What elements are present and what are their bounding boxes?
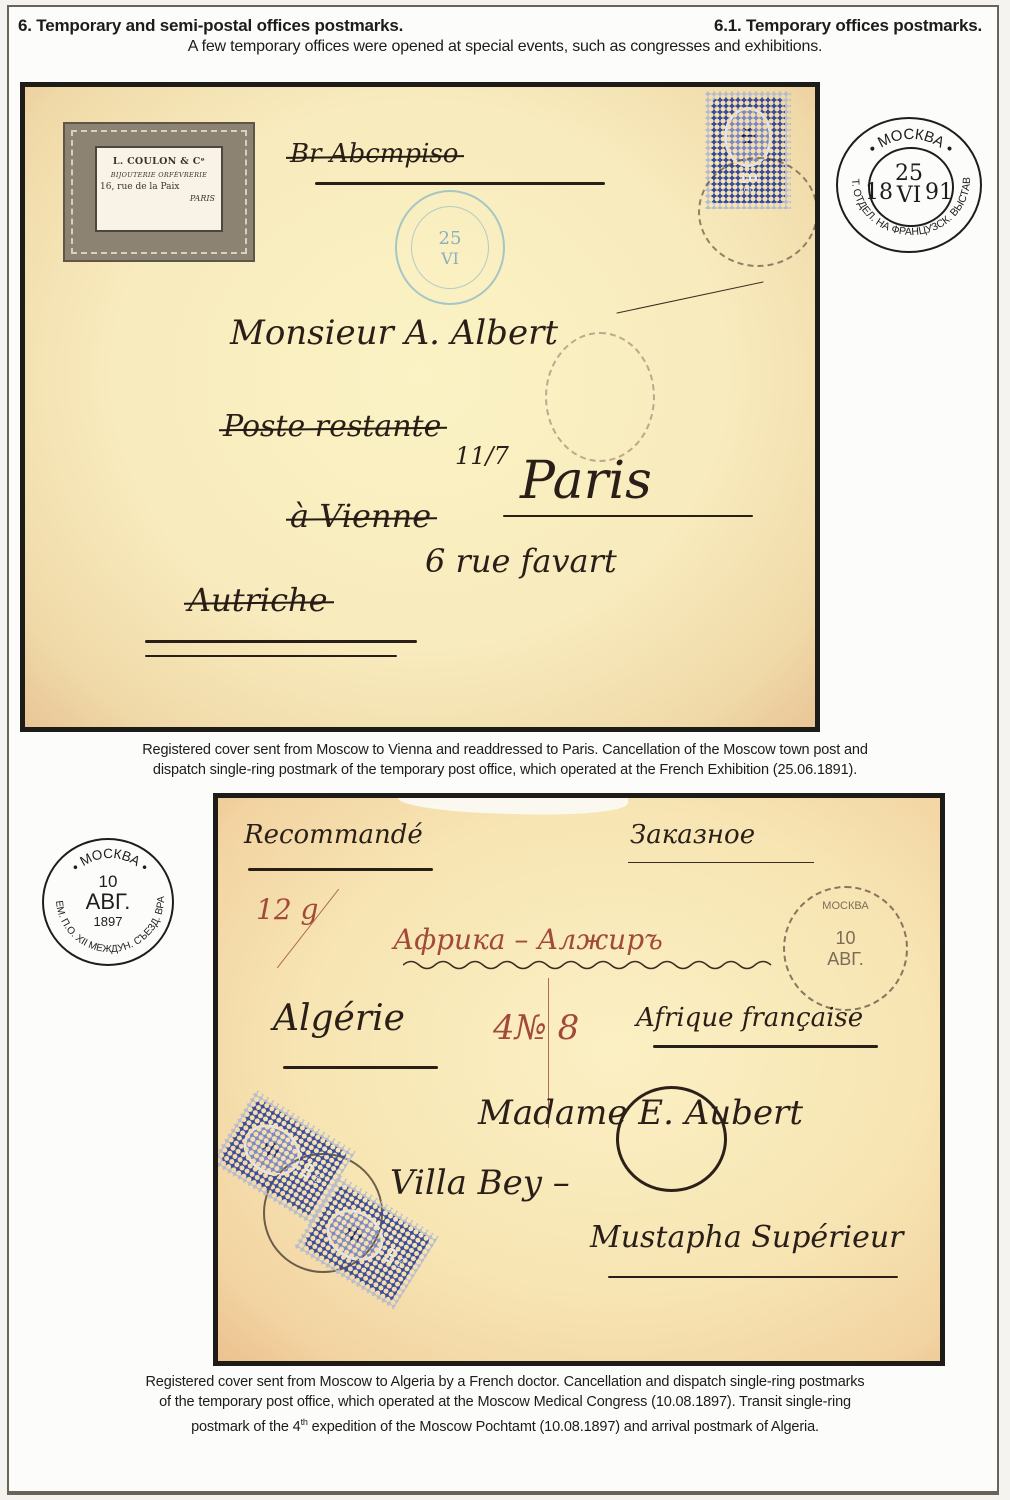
handwritten-old-city: à Vienne (290, 497, 431, 535)
merchant-address: 16, rue de la Paix (97, 182, 221, 192)
handwritten-registered-ru: Заказное (630, 820, 755, 850)
pen-stroke (617, 281, 764, 313)
underline (503, 515, 753, 517)
caption-line: of the temporary post office, which oper… (0, 1392, 1010, 1412)
caption-line: Registered cover sent from Moscow to Vie… (0, 740, 1010, 760)
caption-cover-algeria: Registered cover sent from Moscow to Alg… (0, 1372, 1010, 1437)
postmark-drawing-french-exhibition: • МОСКВА • ПОЧТ. ОТДЕЛ. НА ФРАНЦУЗСК. ВЫ… (836, 117, 982, 253)
caption-text: postmark of the 4 (191, 1419, 300, 1435)
handwritten-region: Afrique française (636, 1003, 863, 1033)
blue-temporary-postmark: 25 VI (395, 190, 505, 305)
merchant-trade: BIJOUTERIE ORFÈVRERIE (97, 171, 221, 179)
handwritten-top-note: Br Abcmpiso (290, 139, 458, 169)
handwritten-registered-fr: Recommandé (244, 820, 423, 850)
subsection-title: 6.1. Temporary offices postmarks. (714, 16, 982, 36)
caption-superscript: th (301, 1417, 308, 1427)
postmark-day: 25 (895, 163, 923, 185)
page-header: 6. Temporary and semi-postal offices pos… (18, 16, 982, 38)
section-title: 6. Temporary and semi-postal offices pos… (18, 16, 403, 36)
wavy-underline (403, 958, 783, 972)
handwritten-old-country: Autriche (188, 581, 328, 619)
merchant-name: L. COULON & Cᵉ (97, 156, 221, 167)
caption-line: Registered cover sent from Moscow to Alg… (0, 1372, 1010, 1392)
postmark-month: VI (897, 185, 922, 207)
merchant-label-text: L. COULON & Cᵉ BIJOUTERIE ORFÈVRERIE 16,… (95, 146, 223, 232)
handwritten-locality: Mustapha Supérieur (590, 1220, 904, 1255)
underline (315, 182, 605, 185)
arrival-postmark-faint (545, 332, 655, 462)
svg-text:• МОСКВА •: • МОСКВА • (69, 846, 152, 875)
torn-edge (398, 793, 629, 818)
merchant-city: PARIS (97, 194, 221, 203)
handwritten-country: Algérie (273, 998, 405, 1039)
postmark-year-left: 18 (865, 180, 893, 205)
caption-cover-paris: Registered cover sent from Moscow to Vie… (0, 740, 1010, 780)
svg-text:• МОСКВА •: • МОСКВА • (865, 126, 957, 157)
underline (653, 1045, 878, 1048)
handwritten-destination-ru: Африка – Алжиръ (393, 923, 663, 956)
handwritten-addressee: Monsieur A. Albert (230, 313, 558, 353)
postmark-month: АВГ. (86, 892, 131, 912)
handwritten-addressee: Madame E. Aubert (478, 1093, 803, 1133)
underline (145, 640, 417, 643)
handwritten-villa: Villa Bey – (390, 1163, 570, 1203)
transit-postmark-moscow: МОСКВА 10 АВГ. (783, 886, 908, 1011)
cover-algeria: Recommandé Заказное 12 g Африка – Алжиръ… (213, 793, 945, 1366)
handwritten-new-city: Paris (520, 451, 652, 511)
moscow-town-cancel (698, 157, 818, 267)
postmark-drawing-medical-congress: • МОСКВА • ВРЕМ. П.О. XII МЕЖДУН. СЪЕЗД.… (42, 838, 174, 966)
postmark-year-right: 91 (925, 180, 953, 205)
transit-postmark-day: 10 (835, 928, 855, 949)
underline (608, 1276, 898, 1278)
caption-line: postmark of the 4th expedition of the Mo… (0, 1412, 1010, 1437)
handwritten-weight-note: 12 g (256, 893, 318, 926)
underline (248, 868, 433, 871)
intro-text: A few temporary offices were opened at s… (0, 38, 1010, 56)
handwritten-red-number: 4№ 8 (493, 1008, 579, 1048)
caption-text: expedition of the Moscow Pochtamt (10.08… (308, 1419, 819, 1435)
postmark-year: 1897 (94, 912, 123, 932)
underline (628, 862, 814, 863)
handwritten-poste-restante: Poste restante (223, 409, 441, 444)
cover-paris: L. COULON & Cᵉ BIJOUTERIE ORFÈVRERIE 16,… (20, 82, 820, 732)
transit-postmark-month: АВГ. (827, 949, 864, 970)
merchant-label: L. COULON & Cᵉ BIJOUTERIE ORFÈVRERIE 16,… (63, 122, 255, 262)
caption-line: dispatch single-ring postmark of the tem… (0, 760, 1010, 780)
underline (145, 655, 397, 657)
underline (283, 1066, 438, 1069)
transit-postmark-city: МОСКВА (822, 900, 868, 912)
handwritten-date-note: 11/7 (455, 442, 509, 470)
handwritten-street: 6 rue favart (425, 542, 617, 580)
